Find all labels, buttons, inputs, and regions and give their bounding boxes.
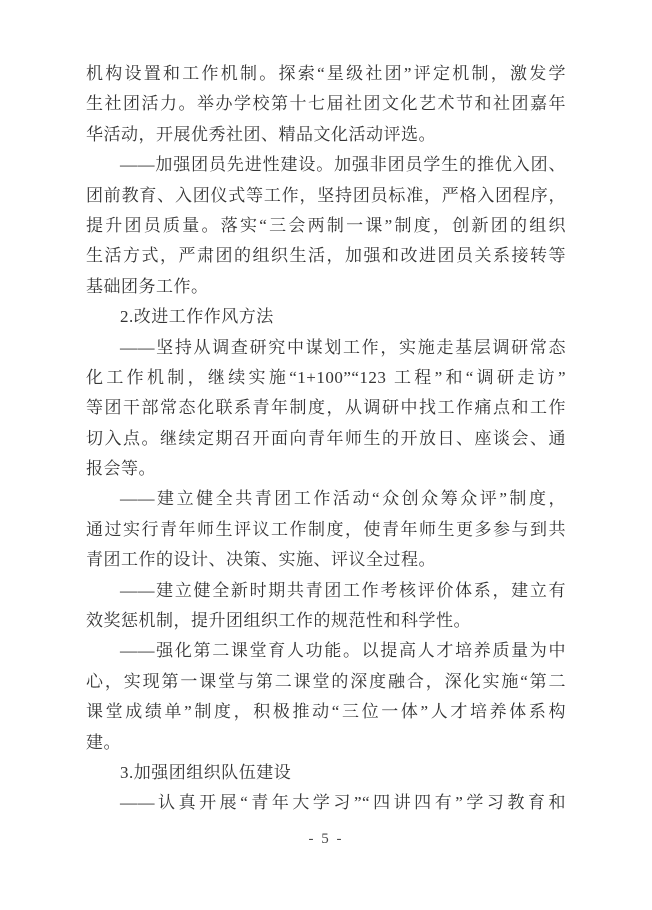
text-line: ——强化第二课堂育人功能。以提高人才培养质量为中	[86, 636, 566, 666]
text-line: ——认真开展“青年大学习”“四讲四有”学习教育和	[86, 788, 566, 818]
text-line: ——建立健全共青团工作活动“众创众筹众评”制度，	[86, 484, 566, 514]
text-line: 效奖惩机制，提升团组织工作的规范性和科学性。	[86, 606, 566, 636]
text-line: 等团干部常态化联系青年制度，从调研中找工作痛点和工作	[86, 393, 566, 423]
text-line: 华活动，开展优秀社团、精品文化活动评选。	[86, 120, 566, 150]
text-line: 报会等。	[86, 454, 566, 484]
text-line: 生社团活力。举办学校第十七届社团文化艺术节和社团嘉年	[86, 89, 566, 119]
text-line: 2.改进工作作风方法	[86, 302, 566, 332]
text-line: 通过实行青年师生评议工作制度，使青年师生更多参与到共	[86, 515, 566, 545]
text-line: 3.加强团组织队伍建设	[86, 758, 566, 788]
text-line: 团前教育、入团仪式等工作，坚持团员标准，严格入团程序，	[86, 181, 566, 211]
text-line: ——加强团员先进性建设。加强非团员学生的推优入团、	[86, 150, 566, 180]
text-line: 基础团务工作。	[86, 272, 566, 302]
text-line: 青团工作的设计、决策、实施、评议全过程。	[86, 545, 566, 575]
text-line: ——坚持从调查研究中谋划工作，实施走基层调研常态	[86, 333, 566, 363]
text-line: 机构设置和工作机制。探索“星级社团”评定机制，激发学	[86, 59, 566, 89]
document-page: 机构设置和工作机制。探索“星级社团”评定机制，激发学生社团活力。举办学校第十七届…	[0, 0, 652, 910]
text-line: ——建立健全新时期共青团工作考核评价体系，建立有	[86, 576, 566, 606]
text-line: 课堂成绩单”制度，积极推动“三位一体”人才培养体系构	[86, 697, 566, 727]
text-line: 化工作机制，继续实施“1+100”“123 工程”和“调研走访”	[86, 363, 566, 393]
text-line: 生活方式，严肃团的组织生活，加强和改进团员关系接转等	[86, 241, 566, 271]
text-line: 提升团员质量。落实“三会两制一课”制度，创新团的组织	[86, 211, 566, 241]
text-line: 心，实现第一课堂与第二课堂的深度融合，深化实施“第二	[86, 667, 566, 697]
text-line: 建。	[86, 728, 566, 758]
document-body: 机构设置和工作机制。探索“星级社团”评定机制，激发学生社团活力。举办学校第十七届…	[86, 59, 566, 819]
page-number: - 5 -	[0, 828, 652, 850]
text-line: 切入点。继续定期召开面向青年师生的开放日、座谈会、通	[86, 424, 566, 454]
